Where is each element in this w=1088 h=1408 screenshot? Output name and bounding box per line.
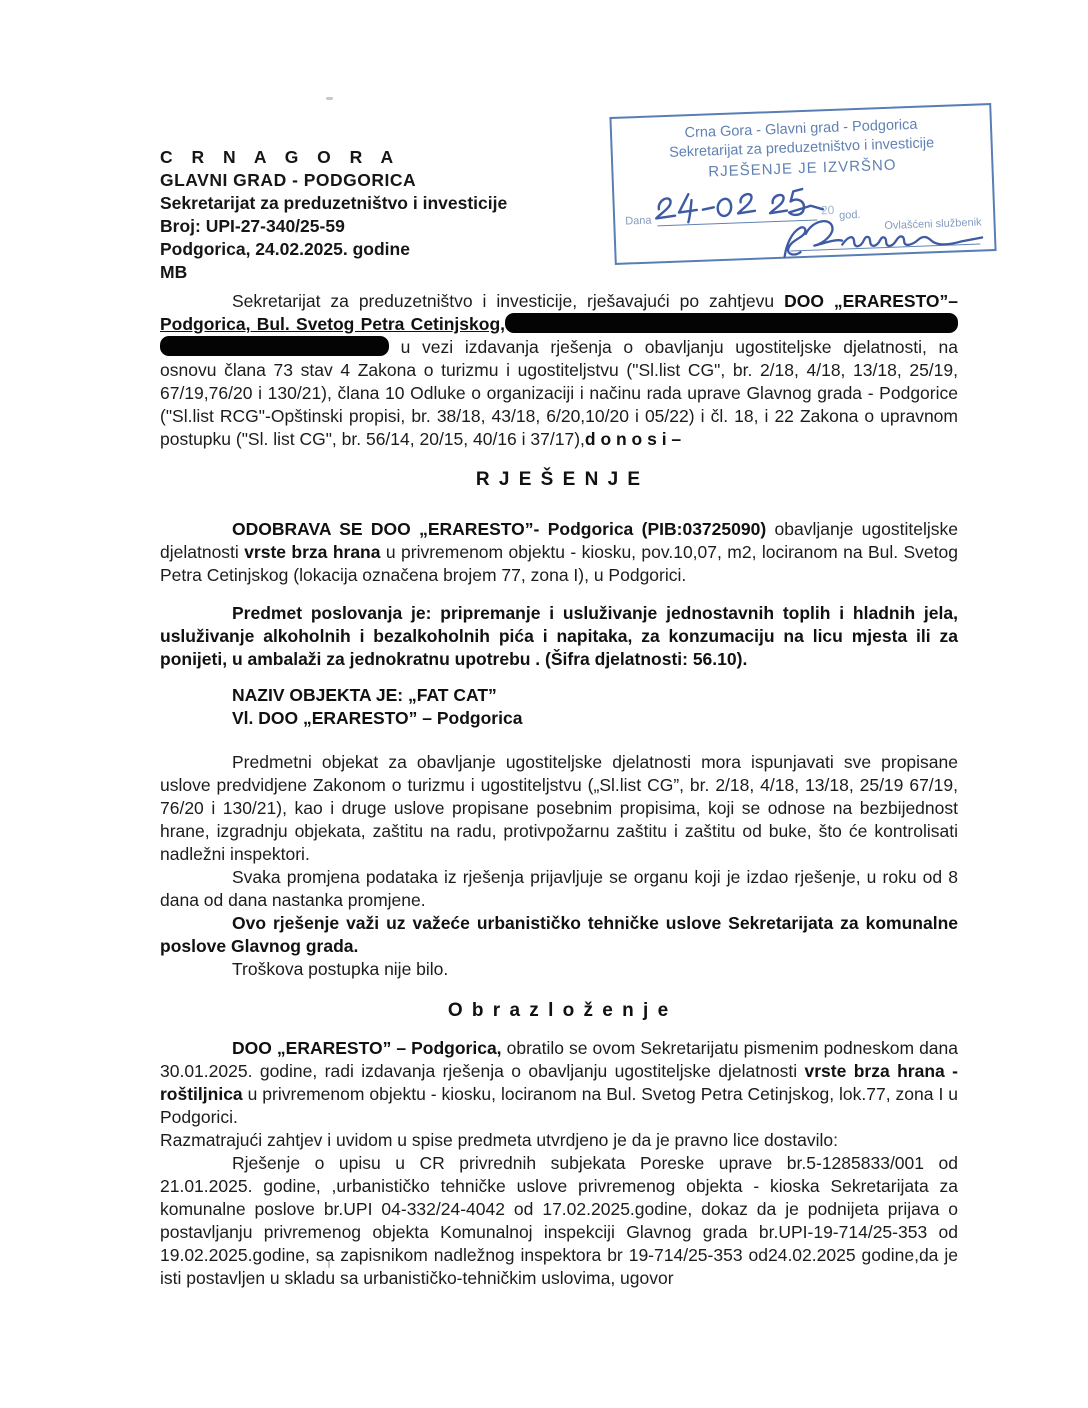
text-run: DOO „ERARESTO” – Podgorica, (232, 1038, 502, 1058)
text-run: Sekretarijat za preduzetništvo i investi… (232, 291, 784, 311)
redaction-bar (505, 313, 958, 333)
explanation-heading: O b r a z l o ž e n j e (160, 999, 958, 1022)
costs-paragraph: Troškova postupka nije bilo. (160, 958, 958, 981)
stamp-date-label: Dana (625, 212, 652, 232)
text-run: Predmetni objekat za obavljanje ugostite… (160, 752, 958, 864)
letterhead: C R N A G O R A GLAVNI GRAD - PODGORICA … (160, 146, 620, 284)
text-run: vrste brza hrana (244, 542, 386, 562)
handwritten-signature (765, 199, 997, 269)
letterhead-initials: MB (160, 261, 620, 284)
document-body: Sekretarijat za preduzetništvo i investi… (160, 290, 958, 1290)
redaction-bar (160, 336, 389, 356)
text-run: Troškova postupka nije bilo. (232, 959, 448, 979)
letterhead-country: C R N A G O R A (160, 146, 620, 169)
text-run: u privremenom objektu - kiosku, locirano… (160, 1084, 958, 1127)
validity-paragraph: Ovo rješenje važi uz važeće urbanističko… (160, 912, 958, 958)
letterhead-city: GLAVNI GRAD - PODGORICA (160, 169, 620, 192)
intro-paragraph: Sekretarijat za preduzetništvo i investi… (160, 290, 958, 451)
letterhead-case-number: Broj: UPI-27-340/25-59 (160, 215, 620, 238)
object-name-block: NAZIV OBJEKTA JE: „FAT CAT” Vl. DOO „ERA… (232, 684, 958, 730)
text-run: Rješenje o upisu u CR privrednih subjeka… (160, 1153, 958, 1288)
letterhead-place-date: Podgorica, 24.02.2025. godine (160, 238, 620, 261)
text-run: DOO „ERARESTO”– (784, 291, 958, 311)
conditions-paragraph: Predmetni objekat za obavljanje ugostite… (160, 751, 958, 866)
verification-stamp: Crna Gora - Glavni grad - Podgorica Sekr… (609, 103, 996, 265)
evidence-paragraph: Rješenje o upisu u CR privrednih subjeka… (160, 1152, 958, 1290)
object-name-line: NAZIV OBJEKTA JE: „FAT CAT” (232, 684, 958, 707)
text-run: ODOBRAVA SE DOO „ERARESTO”- Podgorica (P… (232, 519, 775, 539)
text-run: Svaka promjena podataka iz rješenja prij… (160, 867, 958, 910)
approval-paragraph: ODOBRAVA SE DOO „ERARESTO”- Podgorica (P… (160, 518, 958, 587)
owner-line: Vl. DOO „ERARESTO” – Podgorica (232, 707, 958, 730)
text-run: Ovo rješenje važi uz važeće urbanističko… (160, 913, 958, 956)
scan-artifact-speck (326, 97, 333, 100)
text-run: Podgorica, Bul. Svetog Petra Cetinjskog, (160, 314, 505, 334)
text-run: Predmet poslovanja je: pripremanje i usl… (160, 603, 958, 669)
request-paragraph: DOO „ERARESTO” – Podgorica, obratilo se … (160, 1037, 958, 1129)
letterhead-department: Sekretarijat za preduzetništvo i investi… (160, 192, 620, 215)
scanned-document-page: C R N A G O R A GLAVNI GRAD - PODGORICA … (0, 0, 1088, 1408)
business-subject-paragraph: Predmet poslovanja je: pripremanje i usl… (160, 602, 958, 671)
text-run: d o n o s i – (585, 429, 681, 449)
review-line: Razmatrajući zahtjev i uvidom u spise pr… (160, 1129, 958, 1152)
stamp-officer-area: Ovlašćeni službenik (765, 213, 986, 259)
change-notice-paragraph: Svaka promjena podataka iz rješenja prij… (160, 866, 958, 912)
decision-heading: R J E Š E N J E (160, 468, 958, 491)
